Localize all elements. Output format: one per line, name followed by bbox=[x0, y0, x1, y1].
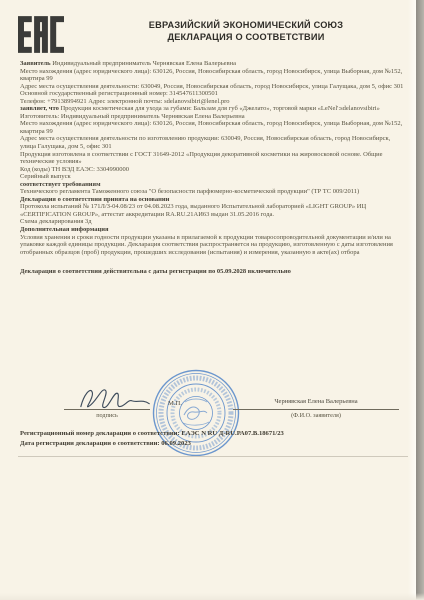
document-paragraph: Телефон: +79138994921 Адрес электронной … bbox=[20, 98, 406, 106]
document-paragraph: Адрес места осуществления деятельности п… bbox=[20, 135, 406, 150]
document-title: ЕВРАЗИЙСКИЙ ЭКОНОМИЧЕСКИЙ СОЮЗ ДЕКЛАРАЦИ… bbox=[96, 19, 396, 43]
handwritten-signature bbox=[78, 383, 154, 413]
document-paragraph: Продукция изготовлена в соответствии с Г… bbox=[20, 151, 406, 166]
document-paragraph: соответствует требованиям bbox=[20, 181, 406, 189]
separator-line bbox=[18, 456, 408, 457]
document-paragraph: Серийный выпуск bbox=[20, 173, 406, 181]
signature-line bbox=[64, 409, 150, 410]
declaration-document: ЕВРАЗИЙСКИЙ ЭКОНОМИЧЕСКИЙ СОЮЗ ДЕКЛАРАЦИ… bbox=[0, 0, 424, 600]
title-line-1: ЕВРАЗИЙСКИЙ ЭКОНОМИЧЕСКИЙ СОЮЗ bbox=[96, 19, 396, 31]
document-paragraph: Место нахождения (адрес юридического лиц… bbox=[20, 120, 406, 135]
page-edge-bottom bbox=[0, 593, 424, 600]
document-paragraph: Схема декларирования 3д bbox=[20, 218, 406, 226]
applicant-caption: (Ф.И.О. заявителя) bbox=[233, 412, 399, 419]
document-paragraph: Декларация о соответствии действительна … bbox=[20, 268, 406, 276]
signature-caption: подпись bbox=[64, 412, 150, 419]
document-paragraph: Технического регламента Таможенного союз… bbox=[20, 188, 406, 196]
registration-number-label: Регистрационный номер декларации о соотв… bbox=[20, 430, 180, 437]
registration-date-line: Дата регистрации декларации о соответств… bbox=[20, 439, 410, 449]
document-paragraph: Адрес места осуществления деятельности: … bbox=[20, 83, 406, 91]
registration-date-value: 06.09.2023 bbox=[161, 440, 191, 447]
registration-date-label: Дата регистрации декларации о соответств… bbox=[20, 440, 160, 447]
registration-number-value: ЕАЭС N RU Д-RU.РА07.В.18671/23 bbox=[181, 430, 284, 437]
document-paragraph: Дополнительная информация bbox=[20, 226, 406, 234]
document-paragraph: Место нахождения (адрес юридического лиц… bbox=[20, 68, 406, 83]
stamp-mp-label: М.П. bbox=[168, 400, 182, 407]
document-paragraph: Код (коды) ТН ВЭД ЕАЭС: 3304990000 bbox=[20, 166, 406, 174]
applicant-name: Чернявская Елена Валерьевна bbox=[233, 398, 399, 405]
page-edge-highlight bbox=[408, 0, 416, 600]
eac-logo-icon bbox=[18, 16, 64, 53]
applicant-name-line bbox=[233, 409, 399, 410]
registration-number-line: Регистрационный номер декларации о соотв… bbox=[20, 429, 410, 439]
document-paragraph: Условия хранения и сроки годности продук… bbox=[20, 234, 406, 257]
declaration-text: Заявитель Индивидуальный предприниматель… bbox=[20, 60, 406, 276]
document-paragraph: Изготовитель: Индивидуальный предпринима… bbox=[20, 113, 406, 121]
title-line-2: ДЕКЛАРАЦИЯ О СООТВЕТСТВИИ bbox=[96, 31, 396, 43]
document-paragraph: Декларация о соответствии принята на осн… bbox=[20, 196, 406, 204]
document-paragraph: Протокола испытаний № 171Л/З-04.08/23 от… bbox=[20, 203, 406, 218]
registration-block: Регистрационный номер декларации о соотв… bbox=[20, 429, 410, 448]
document-paragraph: заявляет, что Продукция косметическая дл… bbox=[20, 105, 406, 113]
document-paragraph: Заявитель Индивидуальный предприниматель… bbox=[20, 60, 406, 68]
document-paragraph: Основной государственный регистрационный… bbox=[20, 90, 406, 98]
page-edge-shadow bbox=[416, 0, 424, 600]
